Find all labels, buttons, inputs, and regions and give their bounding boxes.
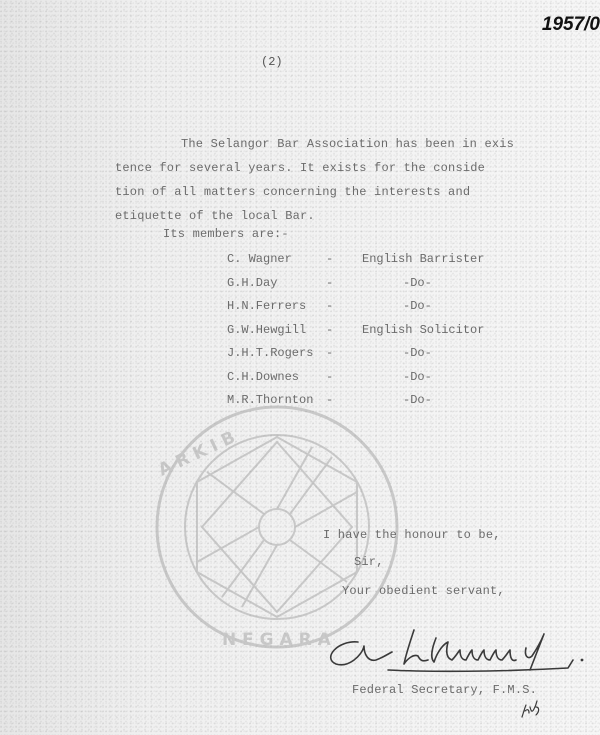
body-paragraph: The Selangor Bar Association has been in… <box>133 132 514 228</box>
seal-text-bottom: N E G A R A <box>222 630 332 650</box>
member-dash: - <box>326 346 333 360</box>
seal-text-top: A R K I B <box>155 428 238 481</box>
member-dash: - <box>326 252 333 266</box>
member-role: -Do- <box>403 276 432 290</box>
handwritten-signature-icon <box>318 620 588 680</box>
seal-stamp-icon: A R K I B N E G A R A <box>152 402 402 652</box>
archive-reference-number: 1957/0 <box>542 14 600 36</box>
member-dash: - <box>326 370 333 384</box>
paragraph-line: etiquette of the local Bar. <box>115 204 514 228</box>
closing-line-servant: Your obedient servant, <box>342 584 505 598</box>
member-role: -Do- <box>403 393 432 407</box>
member-name: G.W.Hewgill <box>227 323 306 337</box>
paragraph-line: The Selangor Bar Association has been in… <box>133 132 514 156</box>
member-dash: - <box>326 299 333 313</box>
member-dash: - <box>326 276 333 290</box>
page-number: (2) <box>261 55 283 69</box>
closing-line-honour: I have the honour to be, <box>323 528 501 542</box>
member-name: J.H.T.Rogers <box>227 346 313 360</box>
paragraph-line: tion of all matters concerning the inter… <box>115 180 514 204</box>
member-dash: - <box>326 323 333 337</box>
paragraph-line: tence for several years. It exists for t… <box>115 156 514 180</box>
member-role: -Do- <box>403 370 432 384</box>
member-name: M.R.Thornton <box>227 393 313 407</box>
member-role: English Solicitor <box>362 323 484 337</box>
signatory-title: Federal Secretary, F.M.S. <box>352 683 537 697</box>
member-role: English Barrister <box>362 252 484 266</box>
member-dash: - <box>326 393 333 407</box>
member-name: H.N.Ferrers <box>227 299 306 313</box>
handwritten-initials-icon <box>519 697 543 719</box>
members-intro: Its members are:- <box>163 227 289 241</box>
member-name: G.H.Day <box>227 276 277 290</box>
closing-line-salutation: Sir, <box>354 555 384 569</box>
member-name: C. Wagner <box>227 252 292 266</box>
member-role: -Do- <box>403 299 432 313</box>
member-role: -Do- <box>403 346 432 360</box>
member-name: C.H.Downes <box>227 370 299 384</box>
